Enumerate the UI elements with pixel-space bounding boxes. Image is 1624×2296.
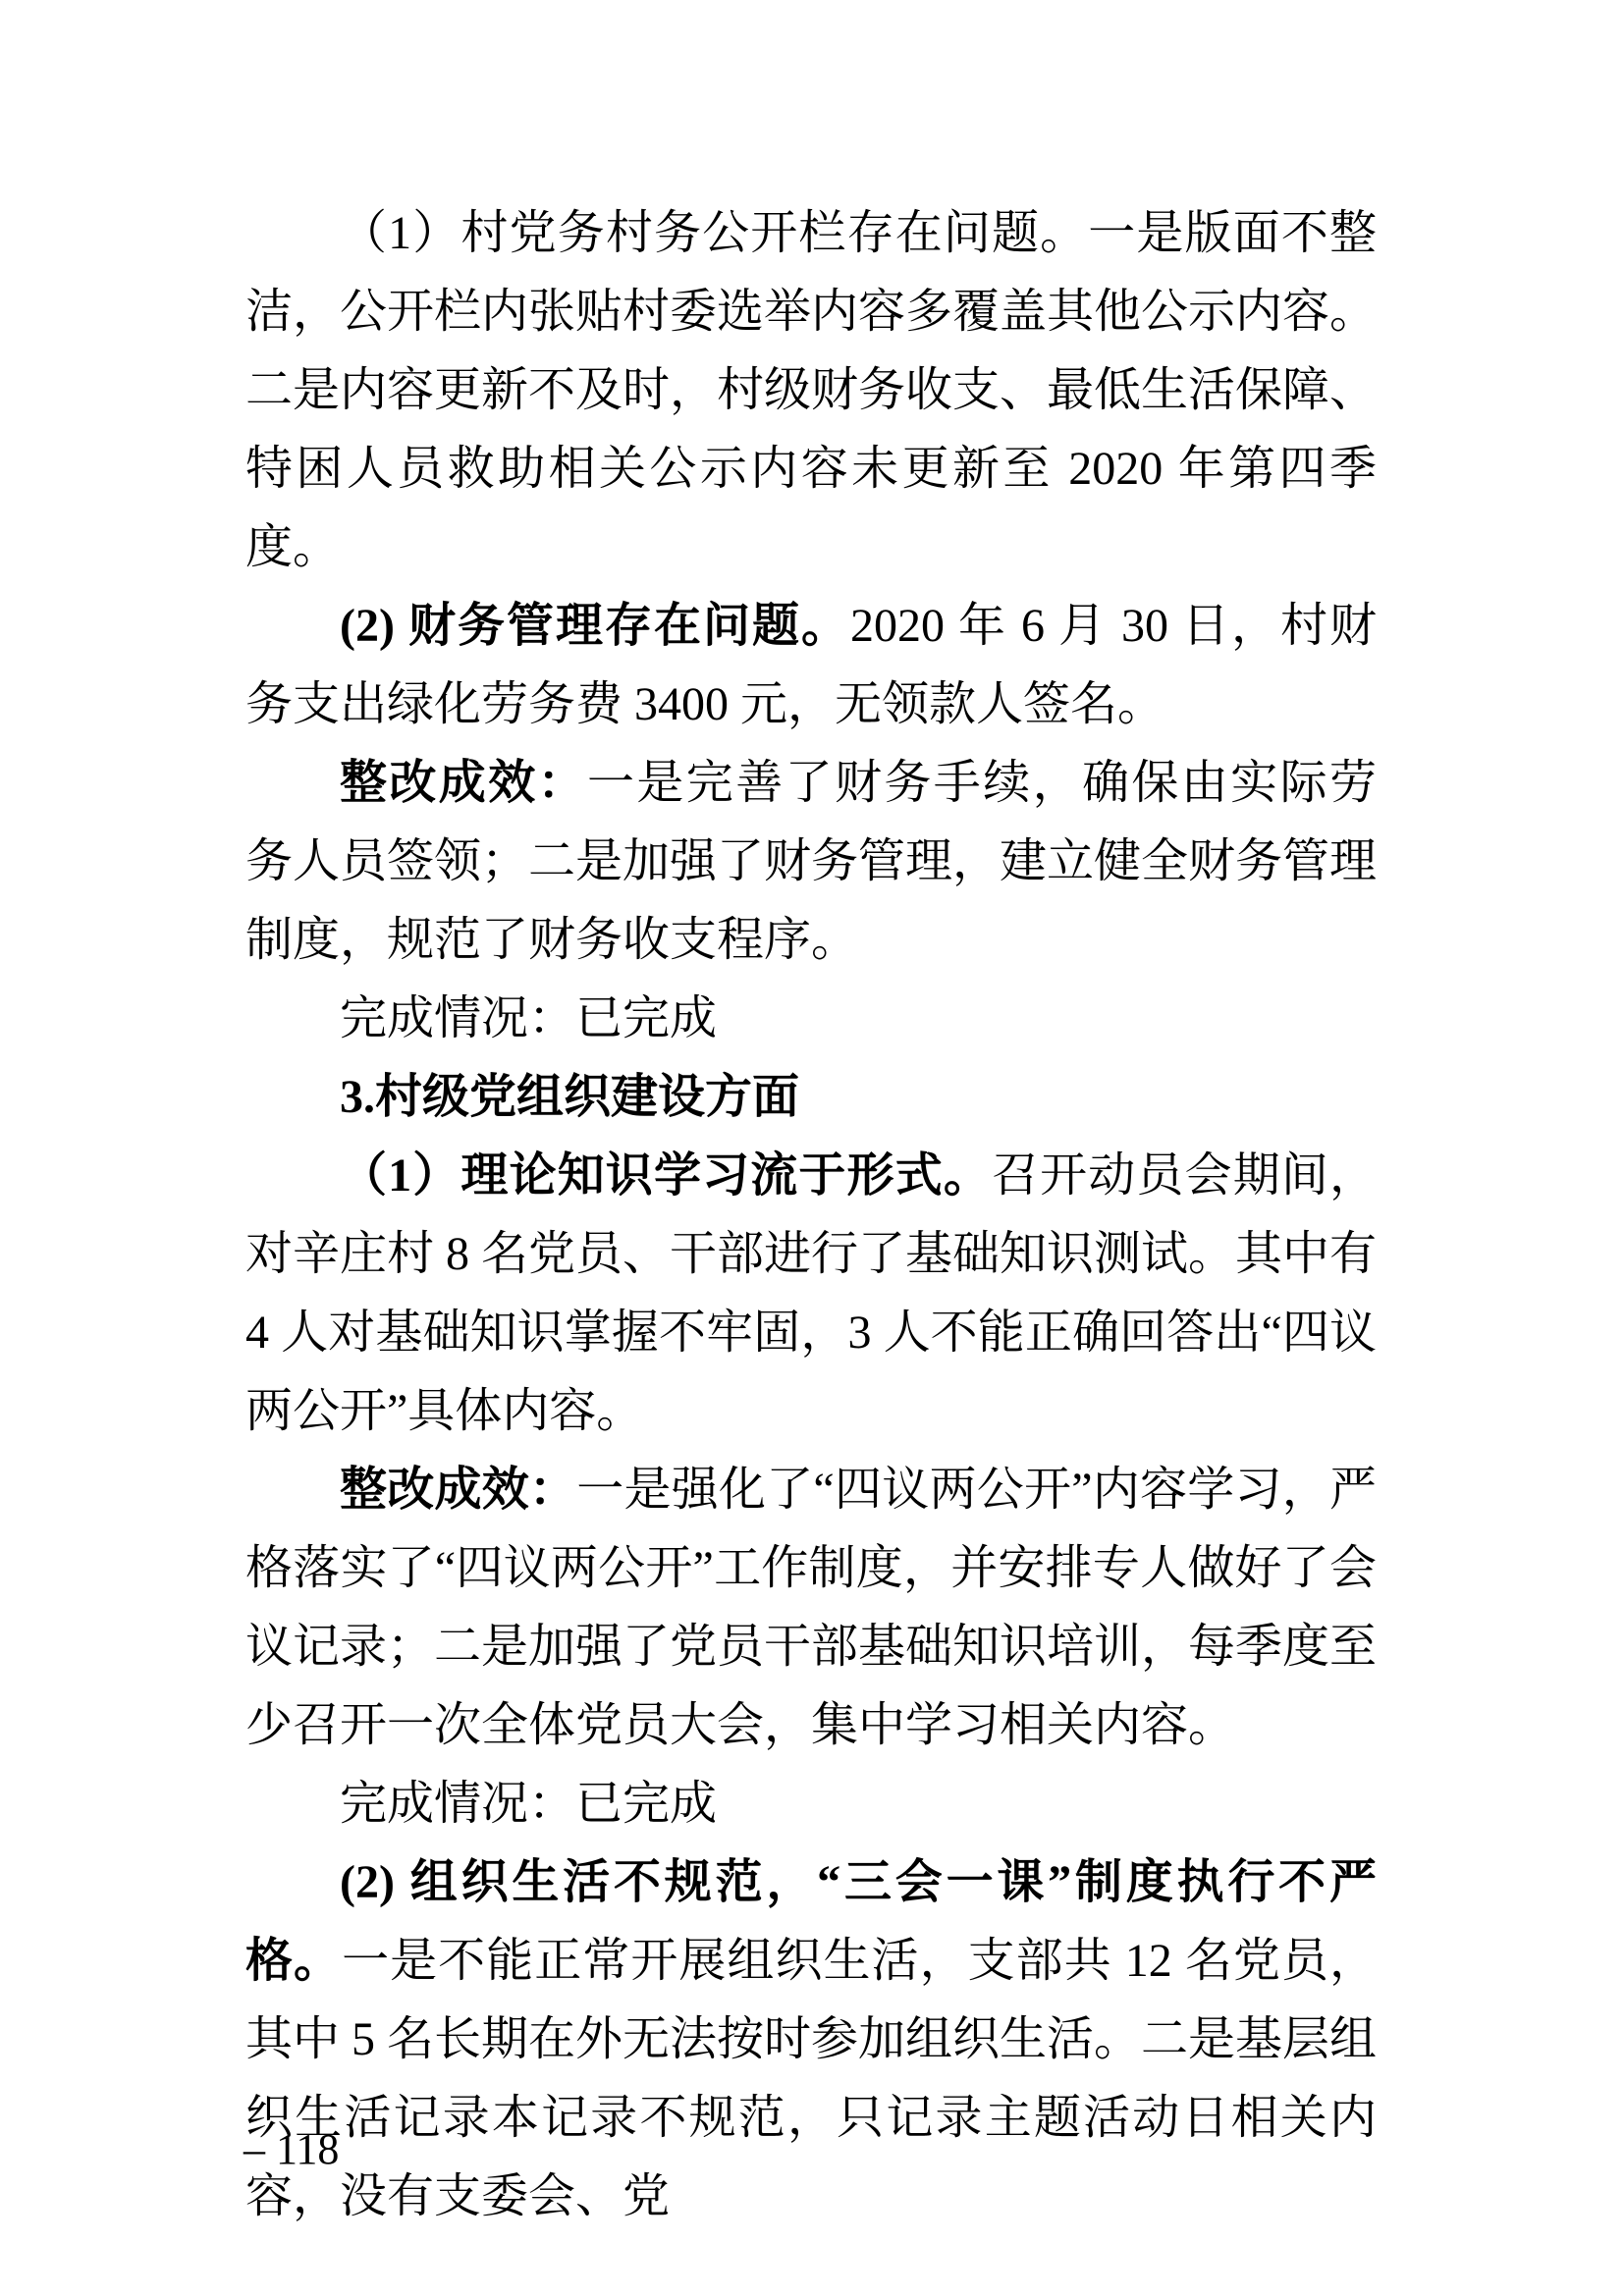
paragraph-text: 完成情况：已完成 xyxy=(340,1778,717,1830)
page-number: – 118 xyxy=(244,2124,339,2175)
paragraph-lead-bold: （1）理论知识学习流于形式。 xyxy=(340,1149,992,1201)
paragraph-lead-bold: 整改成效： xyxy=(340,1464,576,1516)
paragraph-issue-public-board: （1）村党务村务公开栏存在问题。一是版面不整洁，公开栏内张贴村委选举内容多覆盖其… xyxy=(245,194,1377,587)
paragraph-issue-finance: (2) 财务管理存在问题。2020 年 6 月 30 日，村财务支出绿化劳务费 … xyxy=(245,587,1377,744)
section-heading: 3.村级党组织建设方面 xyxy=(245,1058,1377,1137)
paragraph-lead-bold: (2) 财务管理存在问题。 xyxy=(340,600,850,652)
paragraph-completion-status-1: 完成情况：已完成 xyxy=(245,980,1377,1058)
paragraph-issue-org-life: (2) 组织生活不规范，“三会一课”制度执行不严格。一是不能正常开展组织生活，支… xyxy=(245,1843,1377,2236)
paragraph-text: （1）村党务村务公开栏存在问题。一是版面不整洁，公开栏内张贴村委选举内容多覆盖其… xyxy=(245,207,1377,573)
paragraph-rectification-result-1: 整改成效：一是完善了财务手续，确保由实际劳务人员签领；二是加强了财务管理，建立健… xyxy=(245,744,1377,980)
paragraph-text: 一是不能正常开展组织生活，支部共 12 名党员，其中 5 名长期在外无法按时参加… xyxy=(245,1935,1377,2222)
document-body: （1）村党务村务公开栏存在问题。一是版面不整洁，公开栏内张贴村委选举内容多覆盖其… xyxy=(245,194,1377,2236)
paragraph-text: 完成情况：已完成 xyxy=(340,992,717,1044)
paragraph-completion-status-2: 完成情况：已完成 xyxy=(245,1765,1377,1843)
paragraph-issue-theory-study: （1）理论知识学习流于形式。召开动员会期间，对辛庄村 8 名党员、干部进行了基础… xyxy=(245,1137,1377,1451)
paragraph-rectification-result-2: 整改成效：一是强化了“四议两公开”内容学习，严格落实了“四议两公开”工作制度，并… xyxy=(245,1451,1377,1765)
section-heading-text: 3.村级党组织建设方面 xyxy=(340,1071,799,1123)
paragraph-lead-bold: 整改成效： xyxy=(340,757,587,809)
document-page: （1）村党务村务公开栏存在问题。一是版面不整洁，公开栏内张贴村委选举内容多覆盖其… xyxy=(0,0,1624,2296)
